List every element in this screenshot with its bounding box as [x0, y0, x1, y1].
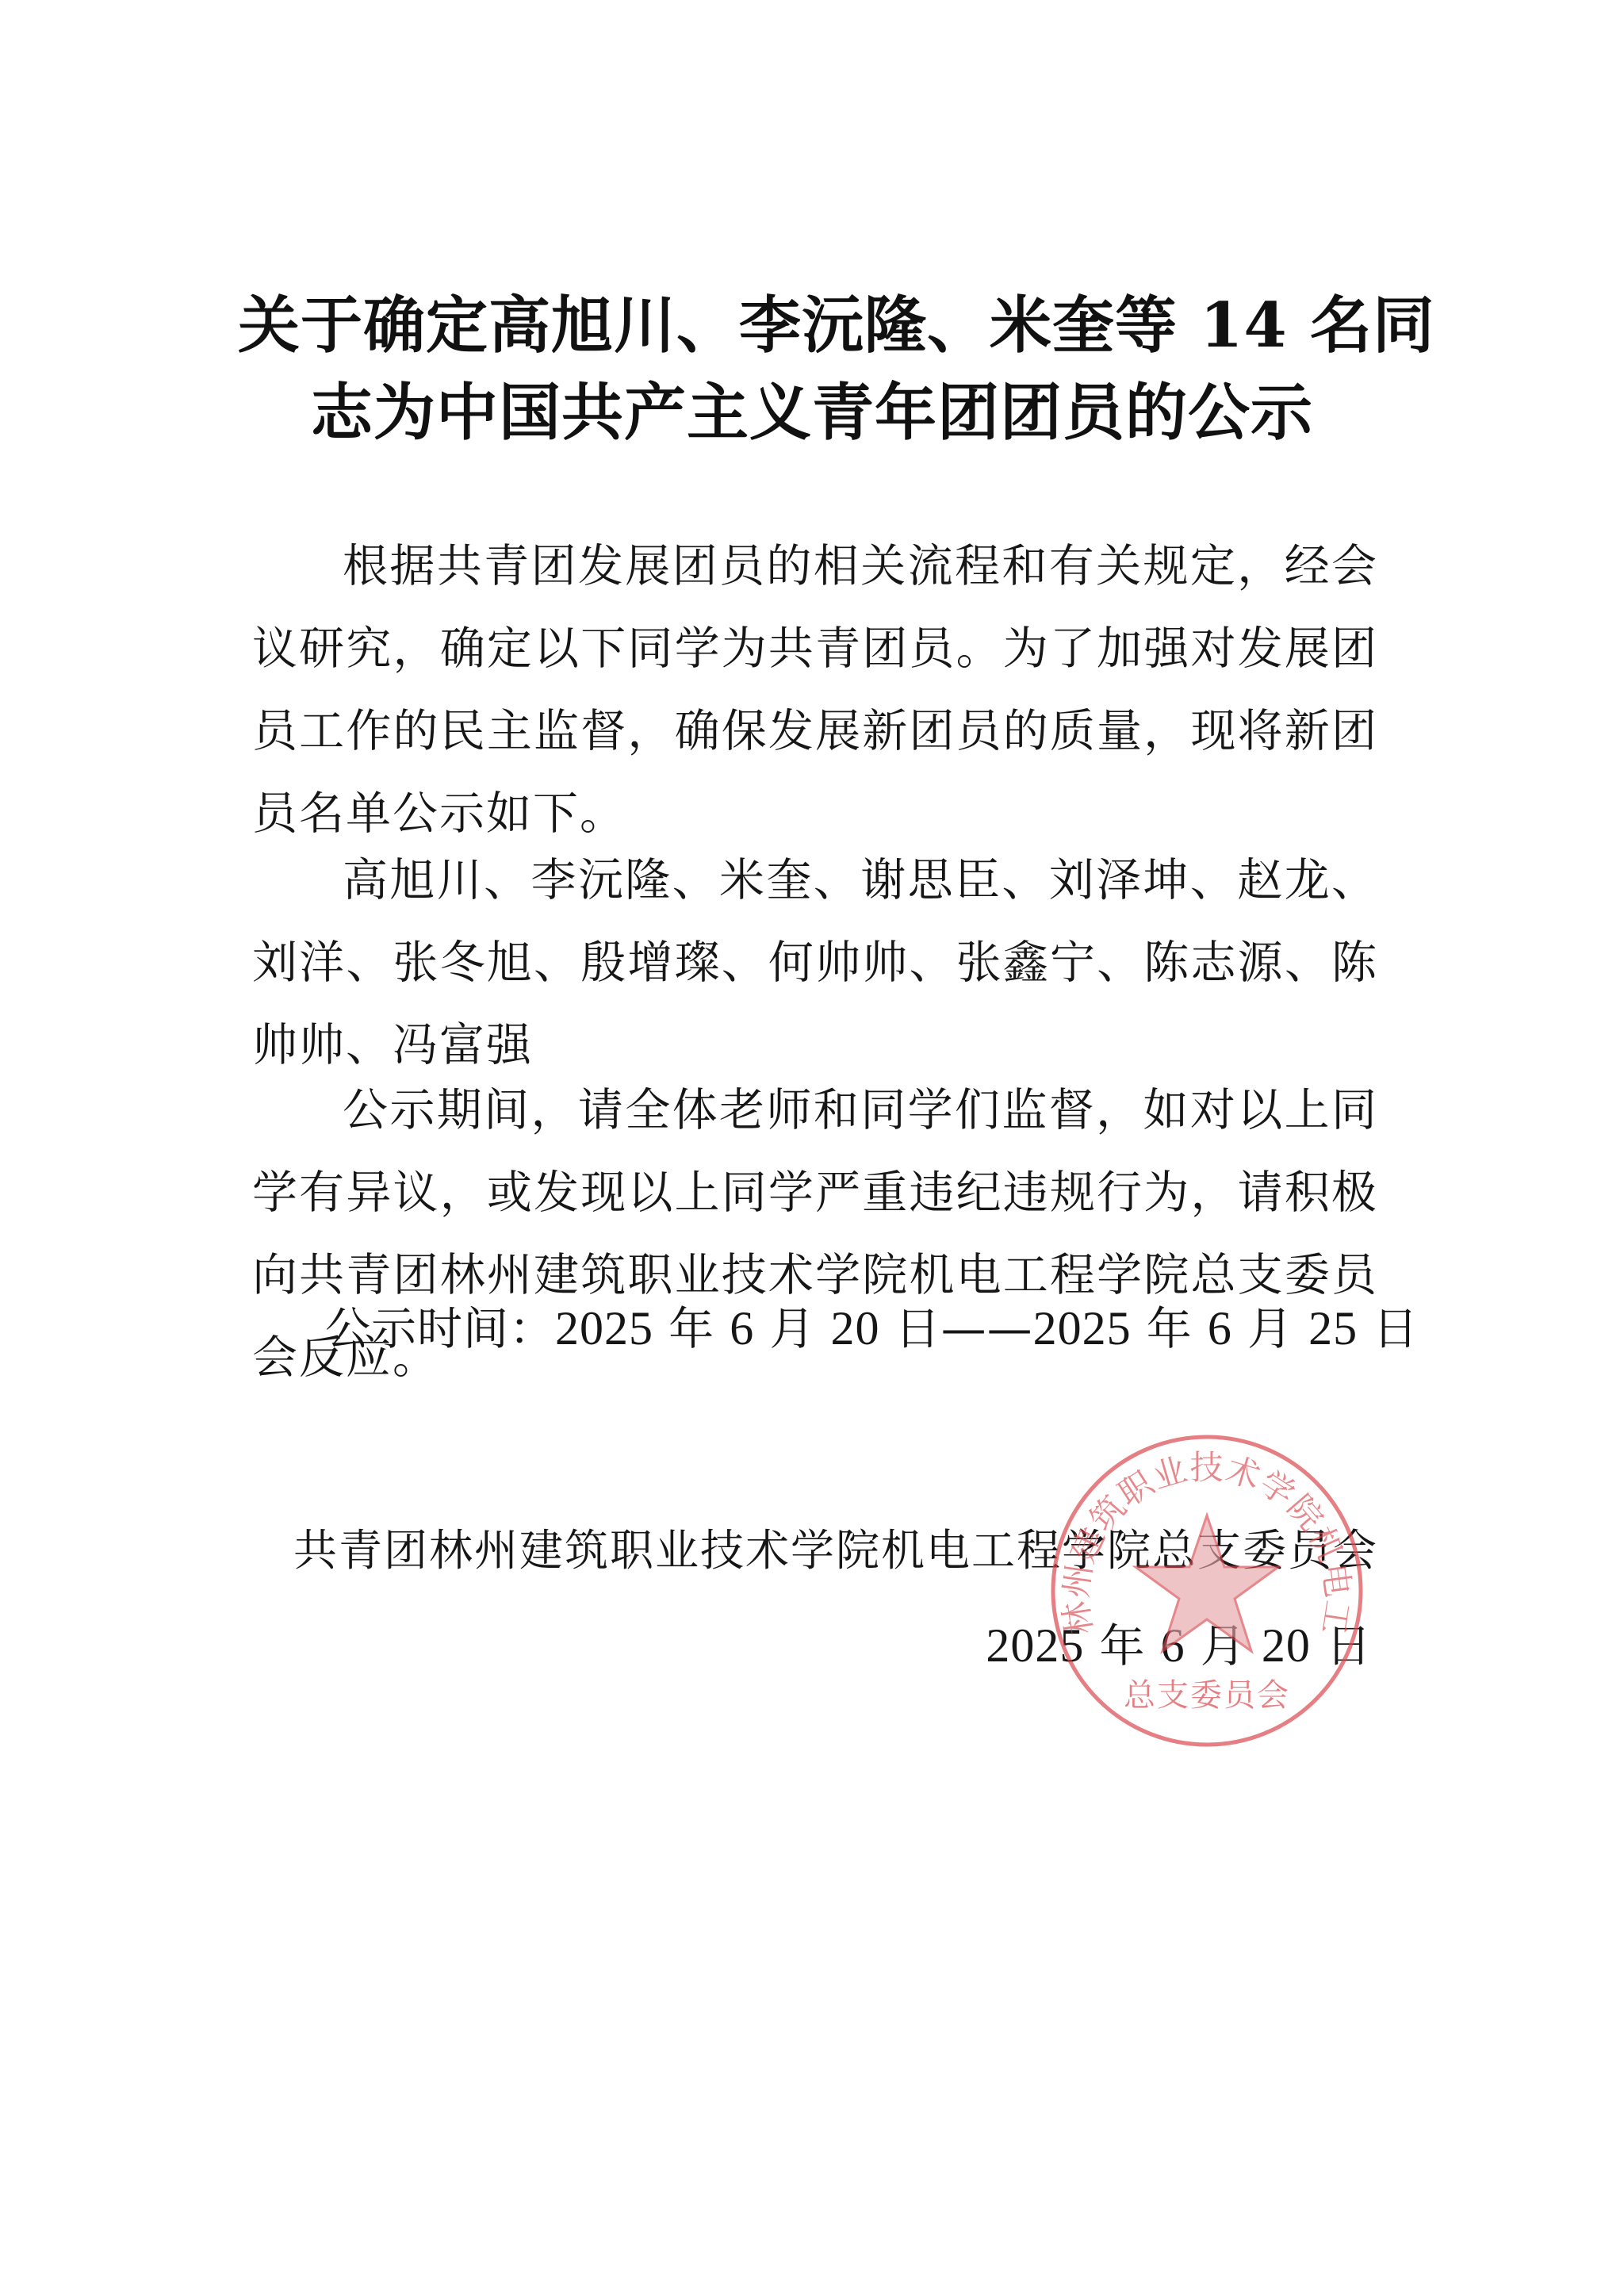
seal-bottom-text: 总支委员会 [1124, 1677, 1290, 1714]
period-end-month: 6 [1208, 1302, 1232, 1354]
period-start-day-char: 日 [895, 1303, 941, 1355]
document-page: 关于确定高旭川、李沅隆、米奎等 14 名同 志为中国共产主义青年团团员的公示 根… [0, 0, 1624, 2295]
member-list-paragraph: 高旭川、李沅隆、米奎、谢思臣、刘泽坤、赵龙、刘洋、张冬旭、殷增璨、何帅帅、张鑫宁… [252, 839, 1378, 1086]
official-seal: 共青团林州建筑职业技术学院机电工程学院 总支委员会 [1048, 1432, 1365, 1749]
signature-month: 6 [1161, 1619, 1185, 1672]
period-end-year-char: 年 [1147, 1303, 1193, 1355]
member-list-text: 高旭川、李沅隆、米奎、谢思臣、刘泽坤、赵龙、刘洋、张冬旭、殷增璨、何帅帅、张鑫宁… [252, 839, 1378, 1086]
seal-graphic: 共青团林州建筑职业技术学院机电工程学院 总支委员会 [1048, 1432, 1365, 1749]
signature-day-char: 日 [1326, 1620, 1372, 1672]
signature-date: 2025 年 6 月 20 日 [986, 1618, 1372, 1674]
period-end-day-char: 日 [1373, 1303, 1419, 1355]
period-start-day: 20 [831, 1302, 880, 1354]
period-start-year: 2025 [555, 1302, 653, 1354]
signature-organization: 共青团林州建筑职业技术学院机电工程学院总支委员会 [293, 1523, 1378, 1578]
title-line-2: 志为中国共产主义青年团团员的公示 [238, 370, 1386, 457]
intro-paragraph: 根据共青团发展团员的相关流程和有关规定，经会议研究，确定以下同学为共青团员。为了… [252, 525, 1378, 855]
signature-year-char: 年 [1100, 1620, 1146, 1672]
period-start-year-char: 年 [668, 1303, 714, 1355]
title-line-1: 关于确定高旭川、李沅隆、米奎等 14 名同 [238, 282, 1386, 370]
period-start-month: 6 [730, 1302, 754, 1354]
signature-year: 2025 [986, 1619, 1084, 1672]
document-title: 关于确定高旭川、李沅隆、米奎等 14 名同 志为中国共产主义青年团团员的公示 [238, 282, 1386, 457]
signature-month-char: 月 [1201, 1620, 1247, 1672]
period-end-month-char: 月 [1247, 1303, 1293, 1355]
period-start-month-char: 月 [769, 1303, 815, 1355]
period-separator: —— [941, 1303, 1033, 1355]
period-label: 公示时间： [325, 1303, 555, 1355]
period-end-year: 2025 [1033, 1302, 1132, 1354]
announcement-period: 公示时间：2025 年 6 月 20 日——2025 年 6 月 25 日 [325, 1301, 1419, 1357]
intro-paragraph-text: 根据共青团发展团员的相关流程和有关规定，经会议研究，确定以下同学为共青团员。为了… [252, 525, 1378, 855]
signature-day: 20 [1262, 1619, 1311, 1672]
period-end-day: 25 [1308, 1302, 1358, 1354]
